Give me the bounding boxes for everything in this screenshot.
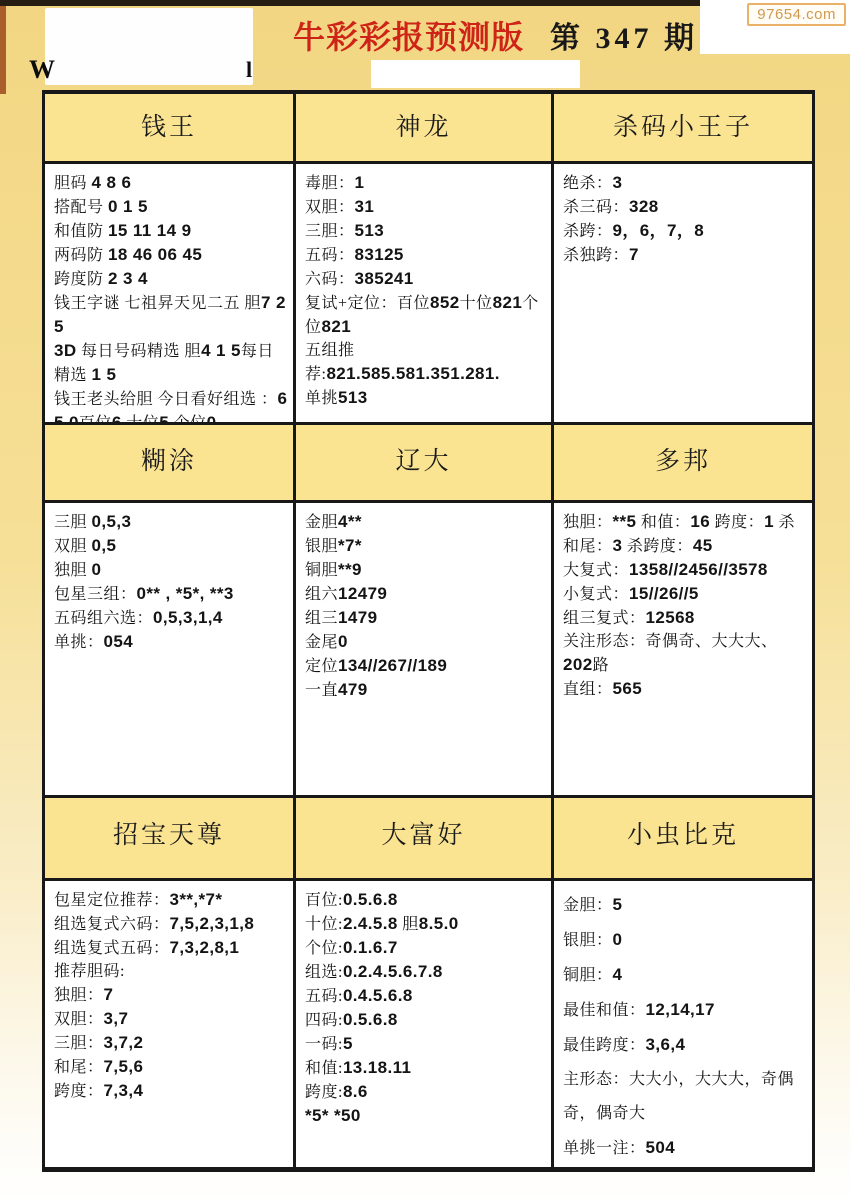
prediction-grid: 钱王 胆码 4 8 6搭配号 0 1 5和值防 15 11 14 9两码防 18… (42, 90, 815, 1172)
prediction-line: 钱王字谜 七祖昇天见二五 胆7 2 5 (54, 291, 288, 339)
panel-title: 大富好 (381, 815, 465, 851)
prediction-line: 三胆：513 (305, 219, 546, 243)
prediction-line: 一码:5 (305, 1032, 546, 1056)
panel-dafuhao: 大富好 百位:0.5.6.8十位:2.4.5.8 胆8.5.0个位:0.1.6.… (296, 798, 554, 1167)
prediction-value: 1358//2456//3578 (629, 560, 768, 579)
prediction-label: 最佳跨度： (563, 1037, 646, 1054)
prediction-value: 2 3 4 (108, 269, 148, 288)
page-title: 牛彩彩报预测版 (293, 12, 524, 58)
prediction-value: 3 (613, 536, 623, 555)
prediction-line: 和值:13.18.11 (305, 1056, 546, 1080)
prediction-value: 7,5,2,3,1,8 (170, 914, 255, 933)
masked-logo-area (45, 8, 253, 85)
prediction-label: 杀三码： (563, 199, 629, 216)
prediction-line: 十位:2.4.5.8 胆8.5.0 (305, 912, 546, 936)
prediction-value: 15 11 14 9 (108, 221, 191, 240)
prediction-line: 独胆：**5 和值：16 跨度：1 杀和尾：3 杀跨度：45 (563, 510, 807, 558)
prediction-label: 路 (593, 657, 610, 674)
panel-body: 百位:0.5.6.8十位:2.4.5.8 胆8.5.0个位:0.1.6.7组选:… (296, 881, 551, 1128)
prediction-label: 双胆 (54, 538, 92, 555)
prediction-line: 关注形态：奇偶奇、大大大、202路 (563, 630, 807, 677)
panel-body: 绝杀：3杀三码：328杀跨：9，6，7，8杀独跨：7 (554, 164, 812, 267)
prediction-line: 组选复式五码：7,3,2,8,1 (54, 936, 288, 960)
prediction-line: 杀三码：328 (563, 195, 807, 219)
prediction-line: 铜胆：4 (563, 958, 807, 993)
prediction-line: 个位:0.1.6.7 (305, 936, 546, 960)
panel-title: 糊涂 (141, 441, 197, 477)
prediction-line: 最佳跨度：3,6,4 (563, 1028, 807, 1063)
prediction-value: 0 (207, 413, 217, 425)
prediction-line: 五码组六选：0,5,3,1,4 (54, 606, 288, 630)
prediction-label: 独胆 (54, 562, 92, 579)
panel-shama-xiaowangzi: 杀码小王子 绝杀：3杀三码：328杀跨：9，6，7，8杀独跨：7 (554, 94, 812, 425)
prediction-line: 双胆：3,7 (54, 1007, 288, 1031)
panel-header: 钱王 (45, 94, 293, 164)
prediction-label: 组三复式： (563, 610, 646, 627)
prediction-value: 0.4.5.6.8 (343, 986, 413, 1005)
prediction-line: 独胆：7 (54, 983, 288, 1007)
prediction-value: 479 (338, 680, 368, 699)
masked-text-left: W (29, 55, 55, 85)
prediction-label: 小复式： (563, 586, 629, 603)
prediction-line: 跨度防 2 3 4 (54, 267, 288, 291)
prediction-label: 最佳和值： (563, 1002, 646, 1019)
prediction-label: 双胆： (54, 1011, 104, 1028)
prediction-label: 跨度: (305, 1084, 343, 1101)
prediction-value: 3D (54, 341, 77, 360)
panel-title: 小虫比克 (627, 815, 739, 851)
prediction-label: 十位 (460, 295, 493, 312)
prediction-value: 4 (613, 965, 623, 984)
prediction-label: 银胆： (563, 932, 613, 949)
prediction-value: 0.1.6.7 (343, 938, 398, 957)
prediction-label: 铜胆： (563, 967, 613, 984)
panel-header: 神龙 (296, 94, 551, 164)
prediction-label: 一码: (305, 1036, 343, 1053)
prediction-value: 7,3,2,8,1 (170, 938, 240, 957)
panel-header: 小虫比克 (554, 798, 812, 881)
prediction-line: 跨度:8.6 (305, 1080, 546, 1104)
prediction-label: 杀跨度： (622, 538, 693, 555)
prediction-label: 定位 (305, 658, 338, 675)
prediction-line: *5* *50 (305, 1104, 546, 1128)
prediction-label: 和值防 (54, 223, 108, 240)
prediction-value: 83125 (355, 245, 404, 264)
prediction-value: 16 (690, 512, 710, 531)
prediction-line: 组六12479 (305, 582, 546, 606)
prediction-label: 金尾 (305, 634, 338, 651)
panel-shenlong: 神龙 毒胆：1双胆：31三胆：513五码：83125六码：385241复试+定位… (296, 94, 554, 425)
prediction-label: 胆 (398, 916, 419, 933)
prediction-label: 两码防 (54, 247, 108, 264)
prediction-value: 5 (613, 895, 623, 914)
prediction-line: 一直479 (305, 678, 546, 702)
prediction-label: 组选: (305, 964, 343, 981)
prediction-label: 一直 (305, 682, 338, 699)
prediction-label: 推荐胆码: (54, 963, 125, 980)
prediction-label: 独胆： (54, 987, 104, 1004)
prediction-value: 3**,*7* (170, 890, 223, 909)
prediction-value: 565 (613, 679, 643, 698)
prediction-line: 推荐胆码: (54, 960, 288, 983)
prediction-label: 六码： (305, 271, 355, 288)
panel-body: 金胆4**银胆*7*铜胆**9组六12479组三1479金尾0定位134//26… (296, 503, 551, 702)
panel-header: 多邦 (554, 425, 812, 503)
prediction-line: 组三1479 (305, 606, 546, 630)
prediction-line: 组选复式六码：7,5,2,3,1,8 (54, 912, 288, 936)
prediction-value: 5 (343, 1034, 353, 1053)
prediction-line: 三胆 0,5,3 (54, 510, 288, 534)
top-right-corner: 97654.com (700, 0, 850, 54)
prediction-value: 4 8 6 (92, 173, 132, 192)
prediction-value: 1479 (338, 608, 377, 627)
prediction-value: 15//26//5 (629, 584, 699, 603)
panel-body: 金胆：5银胆：0铜胆：4最佳和值：12,14,17最佳跨度：3,6,4主形态：大… (554, 881, 812, 1166)
prediction-label: 钱王字谜 七祖昇天见二五 胆 (54, 295, 261, 312)
prediction-value: 0.5.6.8 (343, 1010, 398, 1029)
prediction-value: 0 (613, 930, 623, 949)
prediction-label: 包星三组： (54, 586, 137, 603)
prediction-label: 杀跨： (563, 223, 613, 240)
prediction-label: 独胆： (563, 514, 613, 531)
panel-body: 胆码 4 8 6搭配号 0 1 5和值防 15 11 14 9两码防 18 46… (45, 164, 293, 425)
prediction-line: 最佳和值：12,14,17 (563, 993, 807, 1028)
prediction-value: 9，6，7，8 (613, 221, 705, 240)
prediction-label: 搭配号 (54, 199, 108, 216)
prediction-value: 1 5 (92, 365, 117, 384)
prediction-line: 三胆：3,7,2 (54, 1031, 288, 1055)
prediction-label: 铜胆 (305, 562, 338, 579)
panel-xiaochong-bike: 小虫比克 金胆：5银胆：0铜胆：4最佳和值：12,14,17最佳跨度：3,6,4… (554, 798, 812, 1167)
prediction-label: 大复式： (563, 562, 629, 579)
prediction-line: 百位:0.5.6.8 (305, 888, 546, 912)
prediction-label: 银胆 (305, 538, 338, 555)
panel-qianwang: 钱王 胆码 4 8 6搭配号 0 1 5和值防 15 11 14 9两码防 18… (45, 94, 296, 425)
prediction-value: 3 (613, 173, 623, 192)
panel-liaoda: 辽大 金胆4**银胆*7*铜胆**9组六12479组三1479金尾0定位134/… (296, 425, 554, 798)
panel-header: 招宝天尊 (45, 798, 293, 881)
prediction-value: 0 (338, 632, 348, 651)
prediction-line: 大复式：1358//2456//3578 (563, 558, 807, 582)
prediction-label: 跨度防 (54, 271, 108, 288)
prediction-line: 六码：385241 (305, 267, 546, 291)
prediction-label: 组六 (305, 586, 338, 603)
prediction-line: 双胆 0,5 (54, 534, 288, 558)
prediction-label: 五码组六选： (54, 610, 153, 627)
prediction-line: 银胆*7* (305, 534, 546, 558)
prediction-label: 金胆 (305, 514, 338, 531)
panel-body: 三胆 0,5,3双胆 0,5独胆 0包星三组：0** , *5*, **3五码组… (45, 503, 293, 654)
panel-title: 杀码小王子 (613, 107, 753, 143)
top-edge-line (0, 0, 702, 6)
prediction-value: **5 (613, 512, 637, 531)
panel-body: 毒胆：1双胆：31三胆：513五码：83125六码：385241复试+定位：百位… (296, 164, 551, 410)
prediction-label: 组三 (305, 610, 338, 627)
panel-header: 糊涂 (45, 425, 293, 503)
prediction-label: 五码: (305, 988, 343, 1005)
prediction-value: 328 (629, 197, 659, 216)
prediction-value: 513 (355, 221, 385, 240)
prediction-value: 1 (764, 512, 774, 531)
prediction-label: 十位 (122, 415, 160, 425)
prediction-line: 组三复式：12568 (563, 606, 807, 630)
prediction-label: 四码: (305, 1012, 343, 1029)
prediction-line: 杀独跨：7 (563, 243, 807, 267)
left-edge-strip (0, 6, 6, 94)
prediction-value: 0,5,3 (92, 512, 132, 531)
prediction-label: 包星定位推荐： (54, 892, 170, 909)
prediction-line: 组选:0.2.4.5.6.7.8 (305, 960, 546, 984)
panel-duobang: 多邦 独胆：**5 和值：16 跨度：1 杀和尾：3 杀跨度：45大复式：135… (554, 425, 812, 798)
panel-zhaobao-tianzun: 招宝天尊 包星定位推荐：3**,*7*组选复式六码：7,5,2,3,1,8组选复… (45, 798, 296, 1167)
panel-title: 辽大 (395, 441, 451, 477)
prediction-label: 绝杀： (563, 175, 613, 192)
prediction-value: **9 (338, 560, 362, 579)
prediction-value: 4 1 5 (201, 341, 241, 360)
panel-header: 杀码小王子 (554, 94, 812, 164)
prediction-line: 金胆4** (305, 510, 546, 534)
prediction-label: 钱王老头给胆 今日看好组选 ： (54, 391, 278, 408)
prediction-value: 1 (355, 173, 365, 192)
prediction-value: 821.585.581.351.281. (326, 364, 499, 383)
prediction-line: 和值防 15 11 14 9 (54, 219, 288, 243)
prediction-value: 2.4.5.8 (343, 914, 398, 933)
prediction-label: 单挑 (305, 390, 338, 407)
prediction-value: 134//267//189 (338, 656, 447, 675)
panel-header: 大富好 (296, 798, 551, 881)
panel-title: 钱王 (141, 107, 197, 143)
prediction-label: 跨度： (54, 1083, 104, 1100)
prediction-label: 五码： (305, 247, 355, 264)
prediction-value: 8.5.0 (419, 914, 459, 933)
prediction-label: 双胆： (305, 199, 355, 216)
prediction-value: 0.5.6.8 (343, 890, 398, 909)
prediction-line: 杀跨：9，6，7，8 (563, 219, 807, 243)
prediction-value: 6 (112, 413, 122, 425)
prediction-value: 385241 (355, 269, 414, 288)
prediction-label: 组选复式五码： (54, 940, 170, 957)
prediction-line: 金尾0 (305, 630, 546, 654)
prediction-value: 7,5,6 (104, 1057, 144, 1076)
prediction-value: 7 (104, 985, 114, 1004)
prediction-label: 单挑： (54, 634, 104, 651)
prediction-line: 铜胆**9 (305, 558, 546, 582)
prediction-line: 主形态：大大小，大大大，奇偶奇，偶奇大 (563, 1063, 807, 1131)
prediction-value: 13.18.11 (343, 1058, 411, 1077)
prediction-label: 主形态：大大小，大大大，奇偶奇，偶奇大 (563, 1071, 794, 1122)
prediction-label: 复试+定位：百位 (305, 295, 430, 312)
prediction-value: 0** , *5*, **3 (137, 584, 234, 603)
prediction-value: 0 (92, 560, 102, 579)
prediction-value: 821 (322, 317, 352, 336)
prediction-label: 直组： (563, 681, 613, 698)
prediction-label: 单挑一注： (563, 1140, 646, 1157)
panel-hutu: 糊涂 三胆 0,5,3双胆 0,5独胆 0包星三组：0** , *5*, **3… (45, 425, 296, 798)
prediction-label: 关注形态：奇偶奇、大大大、 (563, 633, 778, 650)
prediction-value: 0,5,3,1,4 (153, 608, 223, 627)
prediction-label: 杀独跨： (563, 247, 629, 264)
prediction-label: 三胆： (305, 223, 355, 240)
prediction-value: 12479 (338, 584, 387, 603)
prediction-line: 银胆：0 (563, 923, 807, 958)
prediction-line: 单挑一注：504 (563, 1131, 807, 1166)
prediction-line: 单挑513 (305, 386, 546, 410)
prediction-line: 搭配号 0 1 5 (54, 195, 288, 219)
prediction-value: 45 (693, 536, 713, 555)
prediction-line: 五码：83125 (305, 243, 546, 267)
prediction-value: 3,7 (104, 1009, 129, 1028)
prediction-label: 个位 (169, 415, 207, 425)
prediction-label: 金胆： (563, 897, 613, 914)
prediction-line: 钱王老头给胆 今日看好组选 ：6 5 0百位6 十位5 个位0 (54, 387, 288, 425)
prediction-value: 12568 (646, 608, 695, 627)
prediction-label: 和值: (305, 1060, 343, 1077)
prediction-value: 5 (159, 413, 169, 425)
site-badge[interactable]: 97654.com (747, 3, 846, 26)
prediction-label: 百位: (305, 892, 343, 909)
prediction-value: 8.6 (343, 1082, 368, 1101)
prediction-line: 包星三组：0** , *5*, **3 (54, 582, 288, 606)
prediction-line: 包星定位推荐：3**,*7* (54, 888, 288, 912)
prediction-line: 金胆：5 (563, 888, 807, 923)
prediction-label: 三胆 (54, 514, 92, 531)
prediction-label: 跨度： (710, 514, 764, 531)
prediction-line: 胆码 4 8 6 (54, 171, 288, 195)
prediction-value: 18 46 06 45 (108, 245, 202, 264)
prediction-value: 7 (629, 245, 639, 264)
prediction-value: *7* (338, 536, 362, 555)
prediction-value: 821 (493, 293, 523, 312)
panel-header: 辽大 (296, 425, 551, 503)
prediction-value: 202 (563, 655, 593, 674)
prediction-line: 小复式：15//26//5 (563, 582, 807, 606)
panel-body: 包星定位推荐：3**,*7*组选复式六码：7,5,2,3,1,8组选复式五码：7… (45, 881, 293, 1103)
prediction-value: 852 (430, 293, 460, 312)
prediction-value: 0.2.4.5.6.7.8 (343, 962, 443, 981)
panel-title: 多邦 (655, 441, 711, 477)
prediction-label: 百位 (79, 415, 112, 425)
prediction-value: *5* *50 (305, 1106, 361, 1125)
masked-subtitle-area (371, 60, 580, 88)
prediction-line: 毒胆：1 (305, 171, 546, 195)
prediction-value: 3,6,4 (646, 1035, 686, 1054)
prediction-line: 定位134//267//189 (305, 654, 546, 678)
prediction-label: 毒胆： (305, 175, 355, 192)
prediction-line: 复试+定位：百位852十位821个位821 (305, 291, 546, 339)
panel-title: 神龙 (395, 107, 451, 143)
prediction-value: 513 (338, 388, 368, 407)
prediction-value: 31 (355, 197, 375, 216)
prediction-value: 3,7,2 (104, 1033, 144, 1052)
prediction-value: 7,3,4 (104, 1081, 144, 1100)
prediction-line: 五码:0.4.5.6.8 (305, 984, 546, 1008)
prediction-label: 三胆： (54, 1035, 104, 1052)
prediction-label: 胆码 (54, 175, 92, 192)
prediction-line: 五组推荐:821.585.581.351.281. (305, 339, 546, 386)
masked-text-right: l (246, 57, 252, 83)
prediction-line: 绝杀：3 (563, 171, 807, 195)
prediction-line: 四码:0.5.6.8 (305, 1008, 546, 1032)
prediction-value: 12,14,17 (646, 1000, 715, 1019)
prediction-line: 单挑：054 (54, 630, 288, 654)
prediction-line: 跨度：7,3,4 (54, 1079, 288, 1103)
prediction-label: 组选复式六码： (54, 916, 170, 933)
prediction-line: 双胆：31 (305, 195, 546, 219)
prediction-line: 直组：565 (563, 677, 807, 701)
prediction-label: 个位: (305, 940, 343, 957)
prediction-value: 4** (338, 512, 362, 531)
prediction-label: 十位: (305, 916, 343, 933)
prediction-label: 和值： (636, 514, 690, 531)
prediction-value: 0 1 5 (108, 197, 148, 216)
prediction-value: 0,5 (92, 536, 117, 555)
prediction-line: 两码防 18 46 06 45 (54, 243, 288, 267)
prediction-line: 3D 每日号码精选 胆4 1 5每日精选 1 5 (54, 339, 288, 387)
panel-body: 独胆：**5 和值：16 跨度：1 杀和尾：3 杀跨度：45大复式：1358//… (554, 503, 812, 701)
panel-title: 招宝天尊 (113, 815, 225, 851)
prediction-label: 每日号码精选 胆 (77, 343, 202, 360)
title-row: 牛彩彩报预测版 第 347 期 (293, 12, 698, 58)
prediction-value: 054 (104, 632, 134, 651)
prediction-value: 504 (646, 1138, 676, 1157)
prediction-line: 独胆 0 (54, 558, 288, 582)
prediction-label: 和尾： (54, 1059, 104, 1076)
issue-number: 第 347 期 (550, 13, 698, 57)
prediction-line: 和尾：7,5,6 (54, 1055, 288, 1079)
